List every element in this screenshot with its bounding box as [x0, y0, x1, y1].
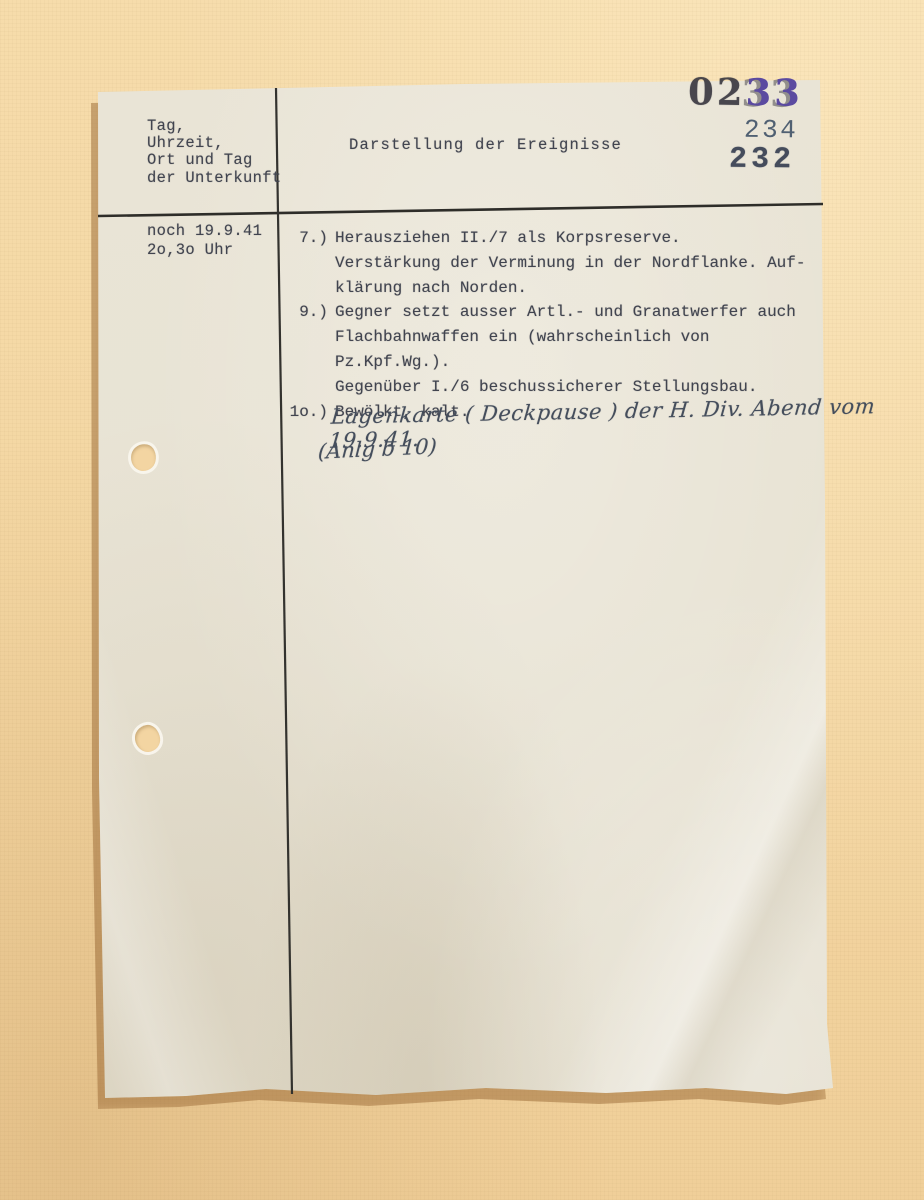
entry-date: noch 19.9.41	[147, 222, 262, 241]
header-left-line: Uhrzeit,	[147, 135, 281, 152]
item-line: Verstärkung der Verminung in der Nordfla…	[335, 251, 828, 276]
entry-date-cell: noch 19.9.41 2o,3o Uhr	[147, 222, 262, 259]
item-text: Herausziehen II./7 als Korpsreserve. Ver…	[335, 226, 828, 300]
header-left-line: der Unterkunft	[147, 170, 281, 187]
stamp-dark-digits: 02	[688, 69, 746, 114]
item-line: Herausziehen II./7 als Korpsreserve.	[335, 226, 828, 251]
header-left-column-label: Tag, Uhrzeit, Ort und Tag der Unterkunft	[147, 118, 281, 187]
item-number: 1o.)	[288, 400, 328, 425]
page-title: Darstellung der Ereignisse	[349, 136, 622, 154]
entry-body: 7.) Herausziehen II./7 als Korpsreserve.…	[288, 226, 828, 424]
item-line: Flachbahnwaffen ein (wahrscheinlich von …	[335, 325, 828, 375]
header-left-line: Tag,	[147, 118, 281, 135]
page-number-typed: 234	[744, 115, 799, 146]
page-number-stamped: 232	[729, 143, 795, 177]
header-left-line: Ort und Tag	[147, 152, 281, 169]
item-number: 9.)	[288, 300, 328, 325]
entry-item-7: 7.) Herausziehen II./7 als Korpsreserve.…	[288, 226, 828, 300]
item-line: klärung nach Norden.	[335, 276, 828, 301]
entry-item-9: 9.) Gegner setzt ausser Artl.- und Grana…	[288, 300, 828, 399]
entry-time: 2o,3o Uhr	[147, 241, 262, 260]
item-number: 7.)	[288, 226, 328, 251]
war-diary-page: { "document": { "kind": "Kriegstagebuch …	[0, 0, 924, 1200]
item-line: Gegner setzt ausser Artl.- und Granatwer…	[335, 300, 828, 325]
item-text: Gegner setzt ausser Artl.- und Granatwer…	[335, 300, 828, 399]
stamp-purple-digits: 33	[745, 70, 803, 115]
numbering-stamp: 0233	[688, 69, 804, 115]
